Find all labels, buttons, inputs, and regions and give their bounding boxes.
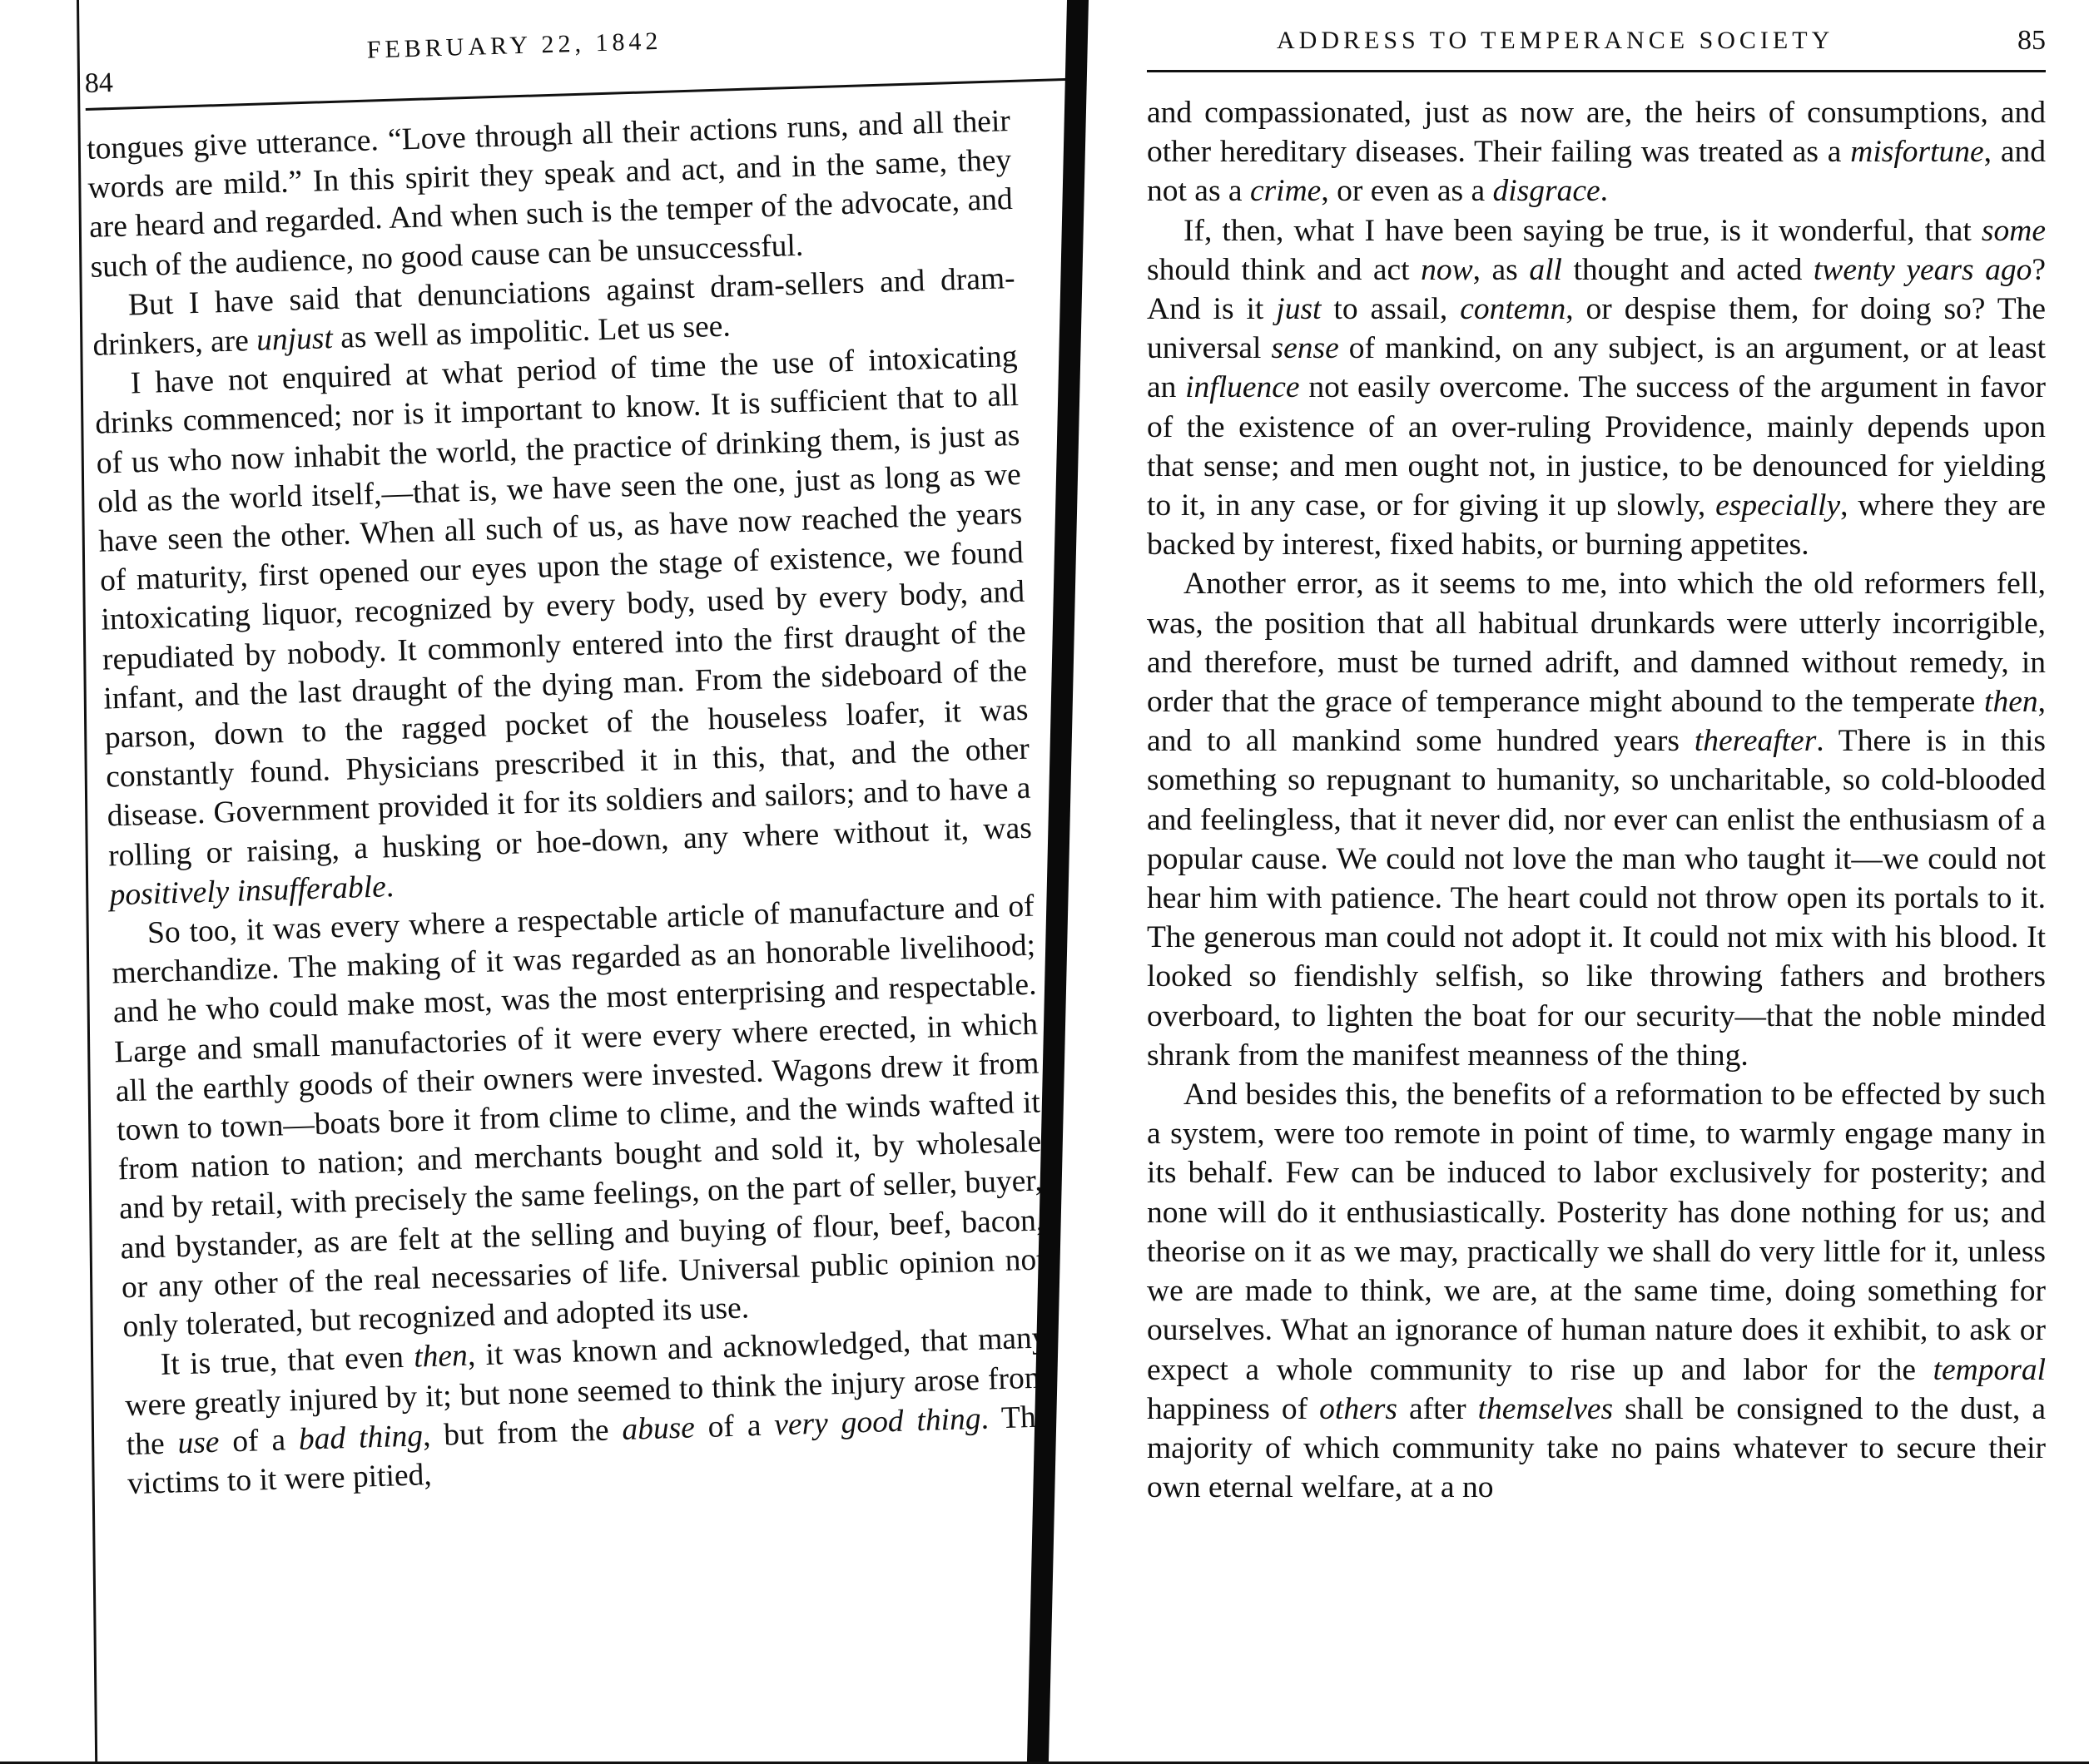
text-run: of a bbox=[219, 1423, 300, 1459]
italic-text: misfortune bbox=[1850, 135, 1983, 169]
running-head: ADDRESS TO TEMPERANCE SOCIETY 85 bbox=[1147, 22, 2046, 93]
text-run: happiness of bbox=[1147, 1392, 1319, 1426]
text-run: If, then, what I have been saying be tru… bbox=[1183, 214, 1982, 248]
italic-text: use bbox=[177, 1425, 220, 1461]
text-run: to assail, bbox=[1321, 292, 1460, 326]
italic-text: contemn bbox=[1460, 292, 1566, 326]
italic-text: themselves bbox=[1478, 1392, 1613, 1426]
page-number: 84 bbox=[84, 67, 113, 100]
right-page-content: ADDRESS TO TEMPERANCE SOCIETY 85 and com… bbox=[1147, 22, 2046, 1507]
italic-text: especially bbox=[1715, 488, 1840, 523]
italic-text: then bbox=[1984, 685, 2038, 719]
italic-text: unjust bbox=[256, 321, 334, 358]
italic-text: influence bbox=[1185, 370, 1299, 404]
text-run: , as bbox=[1473, 253, 1530, 287]
left-page-content: 84 FEBRUARY 22, 1842 tongues give uttera… bbox=[83, 4, 1084, 1504]
text-run: I have not enquired at what period of ti… bbox=[95, 339, 1033, 873]
text-run: It is true, that even bbox=[160, 1340, 414, 1382]
text-run: So too, it was every where a respectable… bbox=[112, 889, 1045, 1345]
text-run: , or even as a bbox=[1321, 174, 1492, 208]
text-run: should think and act bbox=[1147, 253, 1421, 287]
text-run: after bbox=[1397, 1392, 1478, 1426]
paragraph: Another error, as it seems to me, into w… bbox=[1147, 564, 2046, 1075]
running-head-title: FEBRUARY 22, 1842 bbox=[366, 27, 662, 65]
italic-text: abuse bbox=[622, 1410, 696, 1447]
paragraph: It is true, that even then, it was known… bbox=[123, 1319, 1051, 1504]
italic-text: positively insufferable bbox=[109, 870, 386, 912]
head-rule bbox=[1147, 70, 2046, 72]
italic-text: temporal bbox=[1933, 1353, 2046, 1387]
text-run: Another error, as it seems to me, into w… bbox=[1147, 567, 2046, 719]
body-text: and compassionated, just as now are, the… bbox=[1147, 93, 2046, 1507]
italic-text: others bbox=[1319, 1392, 1397, 1426]
italic-text: thereafter bbox=[1695, 724, 1816, 758]
italic-text: bad thing bbox=[298, 1419, 423, 1457]
right-page: ADDRESS TO TEMPERANCE SOCIETY 85 and com… bbox=[1082, 0, 2089, 1764]
italic-text: all bbox=[1529, 253, 1562, 287]
page-number: 85 bbox=[2017, 25, 2046, 57]
text-run: of a bbox=[694, 1408, 775, 1444]
italic-text: now bbox=[1421, 253, 1473, 287]
paragraph: And besides this, the benefits of a refo… bbox=[1147, 1075, 2046, 1507]
text-run: . bbox=[1600, 174, 1608, 208]
text-run: . There is in this something so repugnan… bbox=[1147, 724, 2046, 1073]
text-run: , but from the bbox=[422, 1413, 623, 1453]
text-run: . bbox=[385, 870, 394, 904]
italic-text: some bbox=[1982, 214, 2046, 248]
paragraph: tongues give utterance. “Love through al… bbox=[87, 102, 1015, 287]
italic-text: twenty years ago bbox=[1814, 253, 2032, 287]
running-head-title: ADDRESS TO TEMPERANCE SOCIETY bbox=[1277, 27, 1833, 55]
italic-text: then bbox=[414, 1339, 469, 1375]
paragraph: If, then, what I have been saying be tru… bbox=[1147, 211, 2046, 565]
paragraph: and compassionated, just as now are, the… bbox=[1147, 93, 2046, 211]
paragraph: So too, it was every where a respectable… bbox=[110, 887, 1046, 1347]
text-run: And besides this, the benefits of a refo… bbox=[1147, 1078, 2046, 1386]
italic-text: crime bbox=[1250, 174, 1321, 208]
italic-text: disgrace bbox=[1493, 174, 1600, 208]
body-text: tongues give utterance. “Love through al… bbox=[87, 102, 1052, 1504]
text-run: thought and acted bbox=[1562, 253, 1814, 287]
left-page: 84 FEBRUARY 22, 1842 tongues give uttera… bbox=[0, 0, 1074, 1764]
italic-text: sense bbox=[1272, 331, 1339, 365]
italic-text: very good thing bbox=[774, 1402, 981, 1443]
text-run: tongues give utterance. “Love through al… bbox=[87, 104, 1014, 284]
running-head: 84 FEBRUARY 22, 1842 bbox=[83, 4, 1042, 105]
paragraph: I have not enquired at what period of ti… bbox=[93, 337, 1034, 914]
italic-text: just bbox=[1276, 292, 1321, 326]
